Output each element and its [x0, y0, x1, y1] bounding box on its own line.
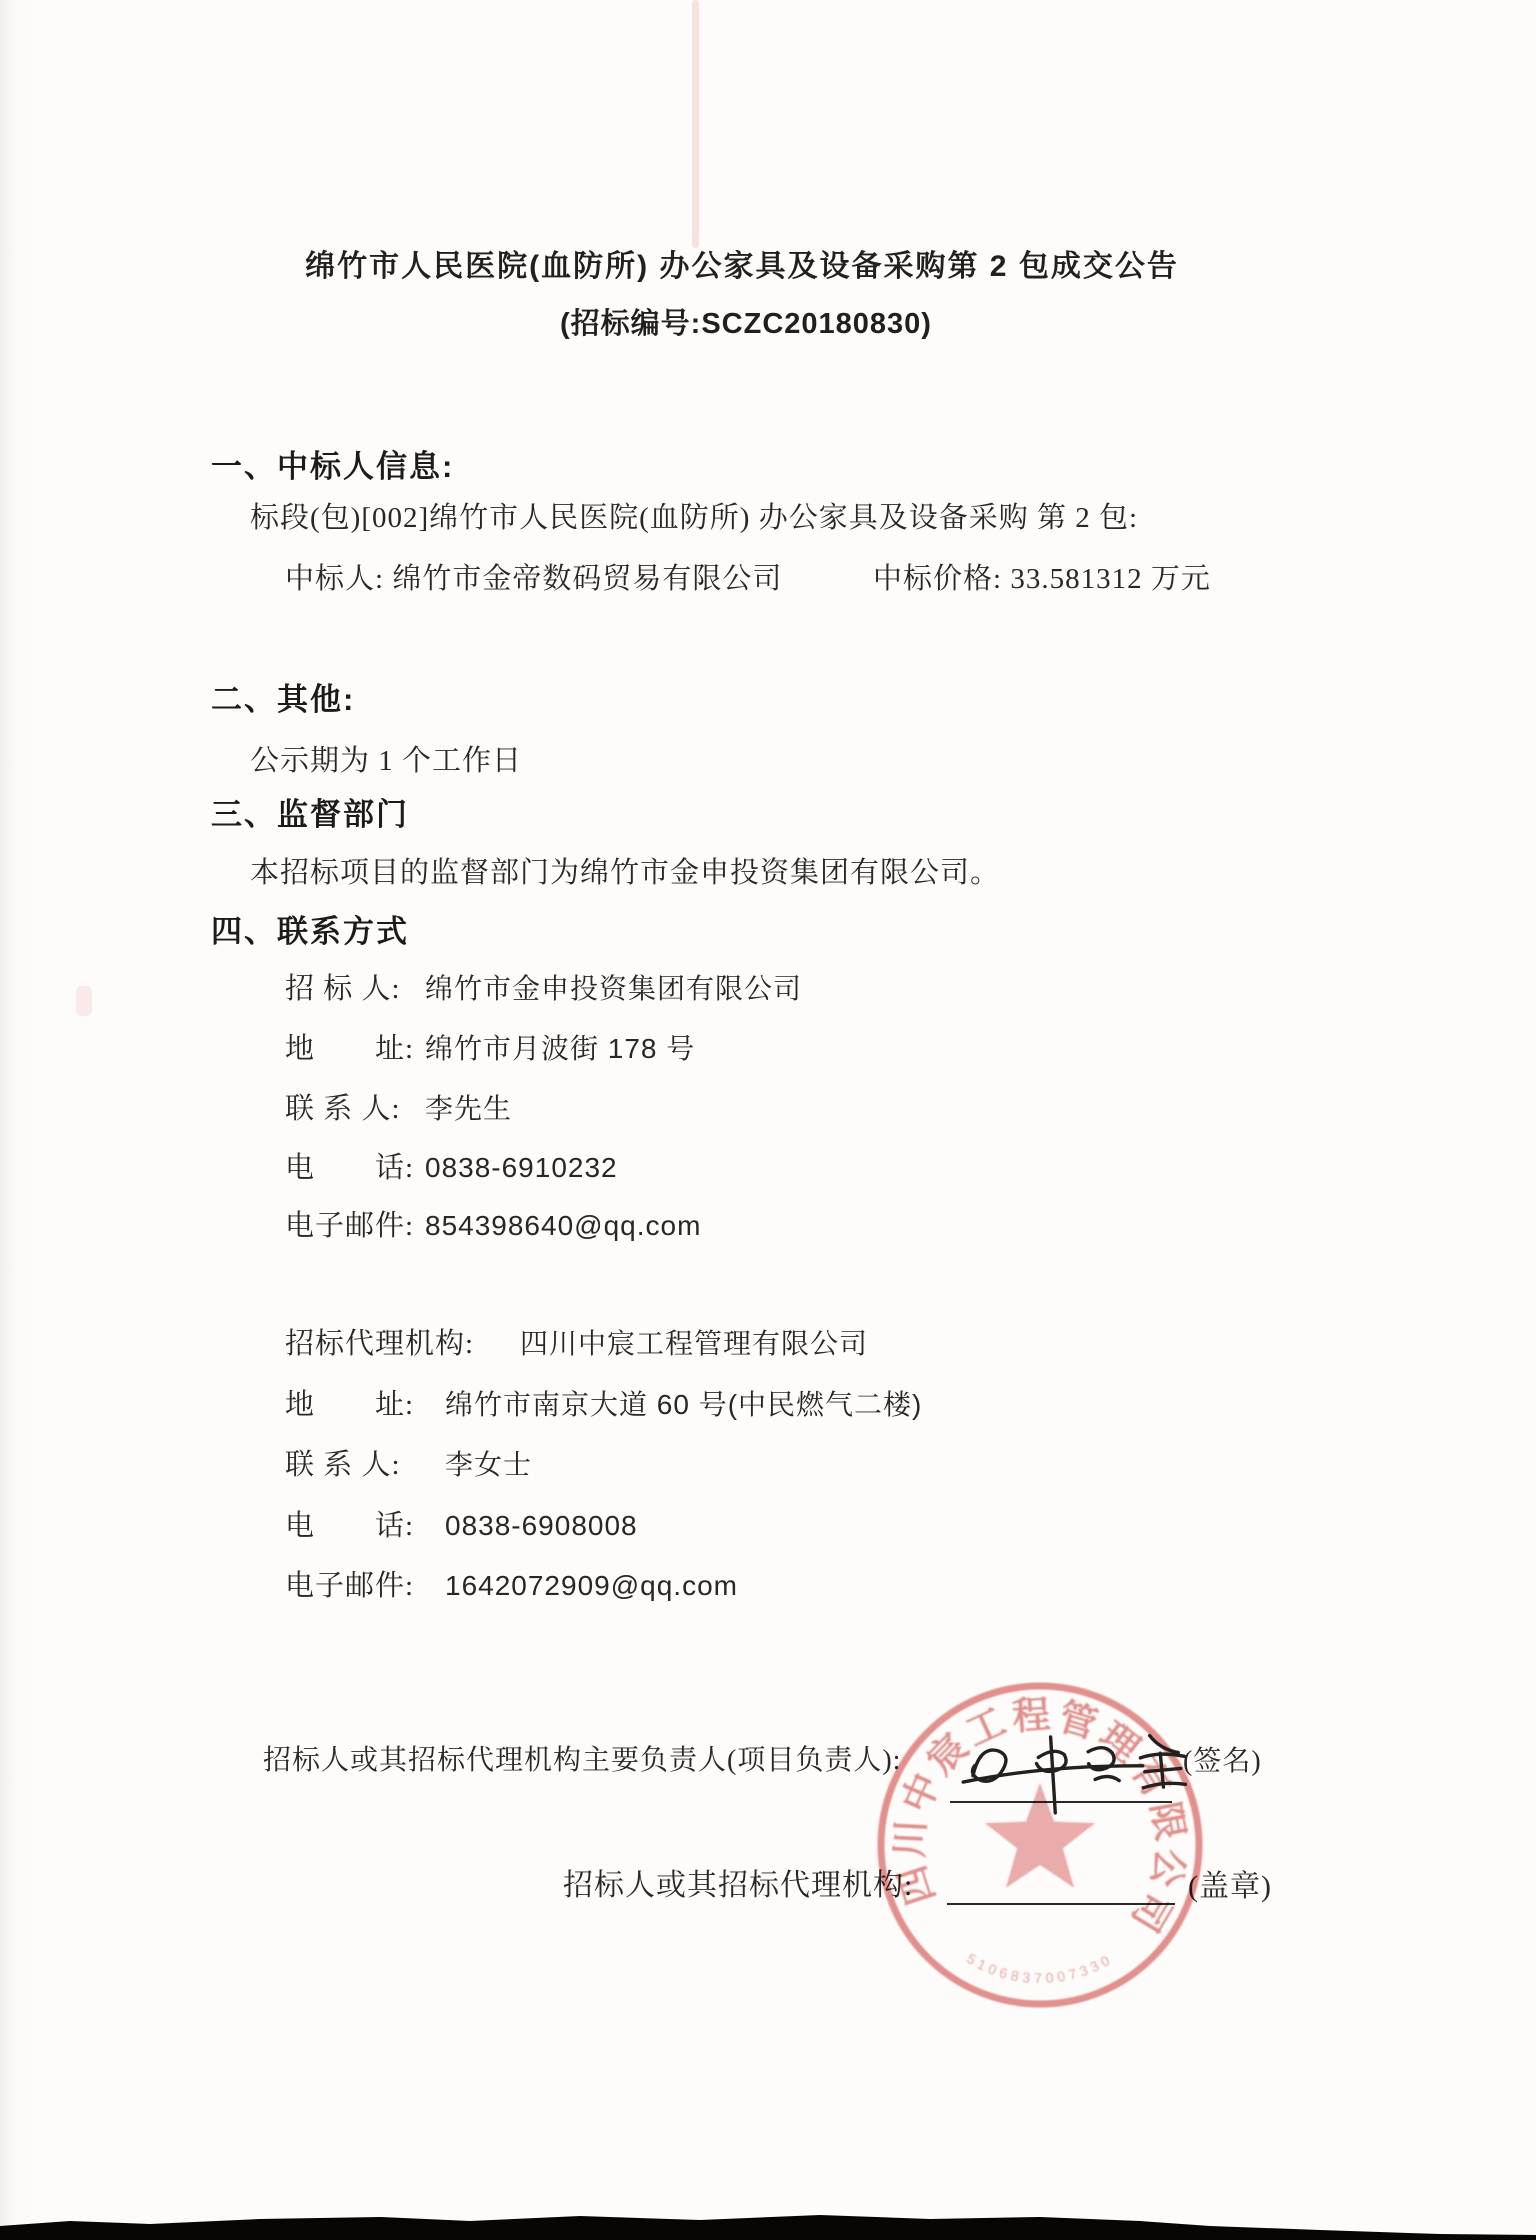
agency-name-label: 招标代理机构: — [285, 1328, 474, 1360]
agency-name-row: 招标代理机构: 四川中宸工程管理有限公司 — [285, 1330, 474, 1359]
agency-contact-label: 联 系 人: — [285, 1449, 401, 1481]
scan-pink-streak — [692, 0, 699, 248]
bidder-name-row: 招 标 人: 绵竹市金申投资集团有限公司 — [285, 975, 401, 1004]
price-label: 中标价格: — [873, 563, 1002, 595]
section1-heading: 一、中标人信息: — [211, 451, 454, 482]
supervision-line: 本招标项目的监督部门为绵竹市金申投资集团有限公司。 — [250, 859, 1000, 888]
winner-row: 中标人: 绵竹市金帝数码贸易有限公司 — [285, 565, 782, 594]
agency-address-value: 绵竹市南京大道 60 号(中民燃气二楼) — [445, 1391, 922, 1419]
agency-phone-row: 电 话: 0838-6908008 — [285, 1512, 414, 1541]
section3-heading: 三、监督部门 — [211, 799, 409, 830]
agency-phone-label: 电 话: — [285, 1510, 414, 1542]
bidder-phone-label: 电 话: — [285, 1152, 414, 1184]
scan-bottom-edge — [0, 2208, 1536, 2240]
agency-email-label: 电子邮件: — [285, 1570, 414, 1602]
lot-line: 标段(包)[002]绵竹市人民医院(血防所) 办公家具及设备采购 第 2 包: — [250, 504, 1138, 533]
agency-address-label: 地 址: — [285, 1389, 414, 1421]
document-title: 绵竹市人民医院(血防所) 办公家具及设备采购第 2 包成交公告 — [0, 252, 1510, 282]
document-subtitle: (招标编号:SCZC20180830) — [0, 310, 1514, 339]
agency-address-row: 地 址: 绵竹市南京大道 60 号(中民燃气二楼) — [285, 1391, 414, 1420]
agency-phone-value: 0838-6908008 — [445, 1512, 638, 1540]
agency-email-value: 1642072909@qq.com — [445, 1572, 738, 1600]
agency-email-row: 电子邮件: 1642072909@qq.com — [285, 1572, 414, 1601]
section2-heading: 二、其他: — [211, 684, 355, 715]
agency-name-value: 四川中宸工程管理有限公司 — [520, 1330, 868, 1358]
scanned-document-page: 绵竹市人民医院(血防所) 办公家具及设备采购第 2 包成交公告 (招标编号:SC… — [0, 0, 1536, 2240]
publicity-period-line: 公示期为 1 个工作日 — [250, 747, 522, 776]
org-seal-label: 招标人或其招标代理机构: — [563, 1871, 913, 1901]
bidder-contact-label: 联 系 人: — [285, 1093, 401, 1125]
handwritten-signature — [955, 1726, 1205, 1826]
price-row: 中标价格: 33.581312 万元 — [873, 565, 1211, 594]
agency-contact-row: 联 系 人: 李女士 — [285, 1451, 401, 1480]
bidder-phone-row: 电 话: 0838-6910232 — [285, 1154, 414, 1183]
bidder-contact-value: 李先生 — [425, 1095, 512, 1123]
bidder-address-value: 绵竹市月波街 178 号 — [425, 1035, 695, 1063]
bidder-address-label: 地 址: — [285, 1033, 414, 1065]
bidder-phone-value: 0838-6910232 — [425, 1154, 618, 1182]
winner-name: 绵竹市金帝数码贸易有限公司 — [392, 563, 782, 595]
section4-heading: 四、联系方式 — [211, 916, 409, 947]
bidder-email-value: 854398640@qq.com — [425, 1212, 701, 1240]
bidder-name-label: 招 标 人: — [285, 973, 401, 1005]
agency-contact-value: 李女士 — [445, 1451, 532, 1479]
scan-pink-dot — [76, 986, 92, 1016]
seal-serial-text: 5106837007330 — [964, 1949, 1117, 1986]
price-value: 33.581312 万元 — [1010, 563, 1211, 595]
bidder-address-row: 地 址: 绵竹市月波街 178 号 — [285, 1035, 414, 1064]
responsible-person-label: 招标人或其招标代理机构主要负责人(项目负责人): — [263, 1747, 901, 1775]
bidder-email-label: 电子邮件: — [285, 1210, 414, 1242]
winner-label: 中标人: — [285, 563, 384, 595]
bidder-name-value: 绵竹市金申投资集团有限公司 — [425, 975, 802, 1003]
bidder-email-row: 电子邮件: 854398640@qq.com — [285, 1212, 414, 1241]
bidder-contact-row: 联 系 人: 李先生 — [285, 1095, 401, 1124]
